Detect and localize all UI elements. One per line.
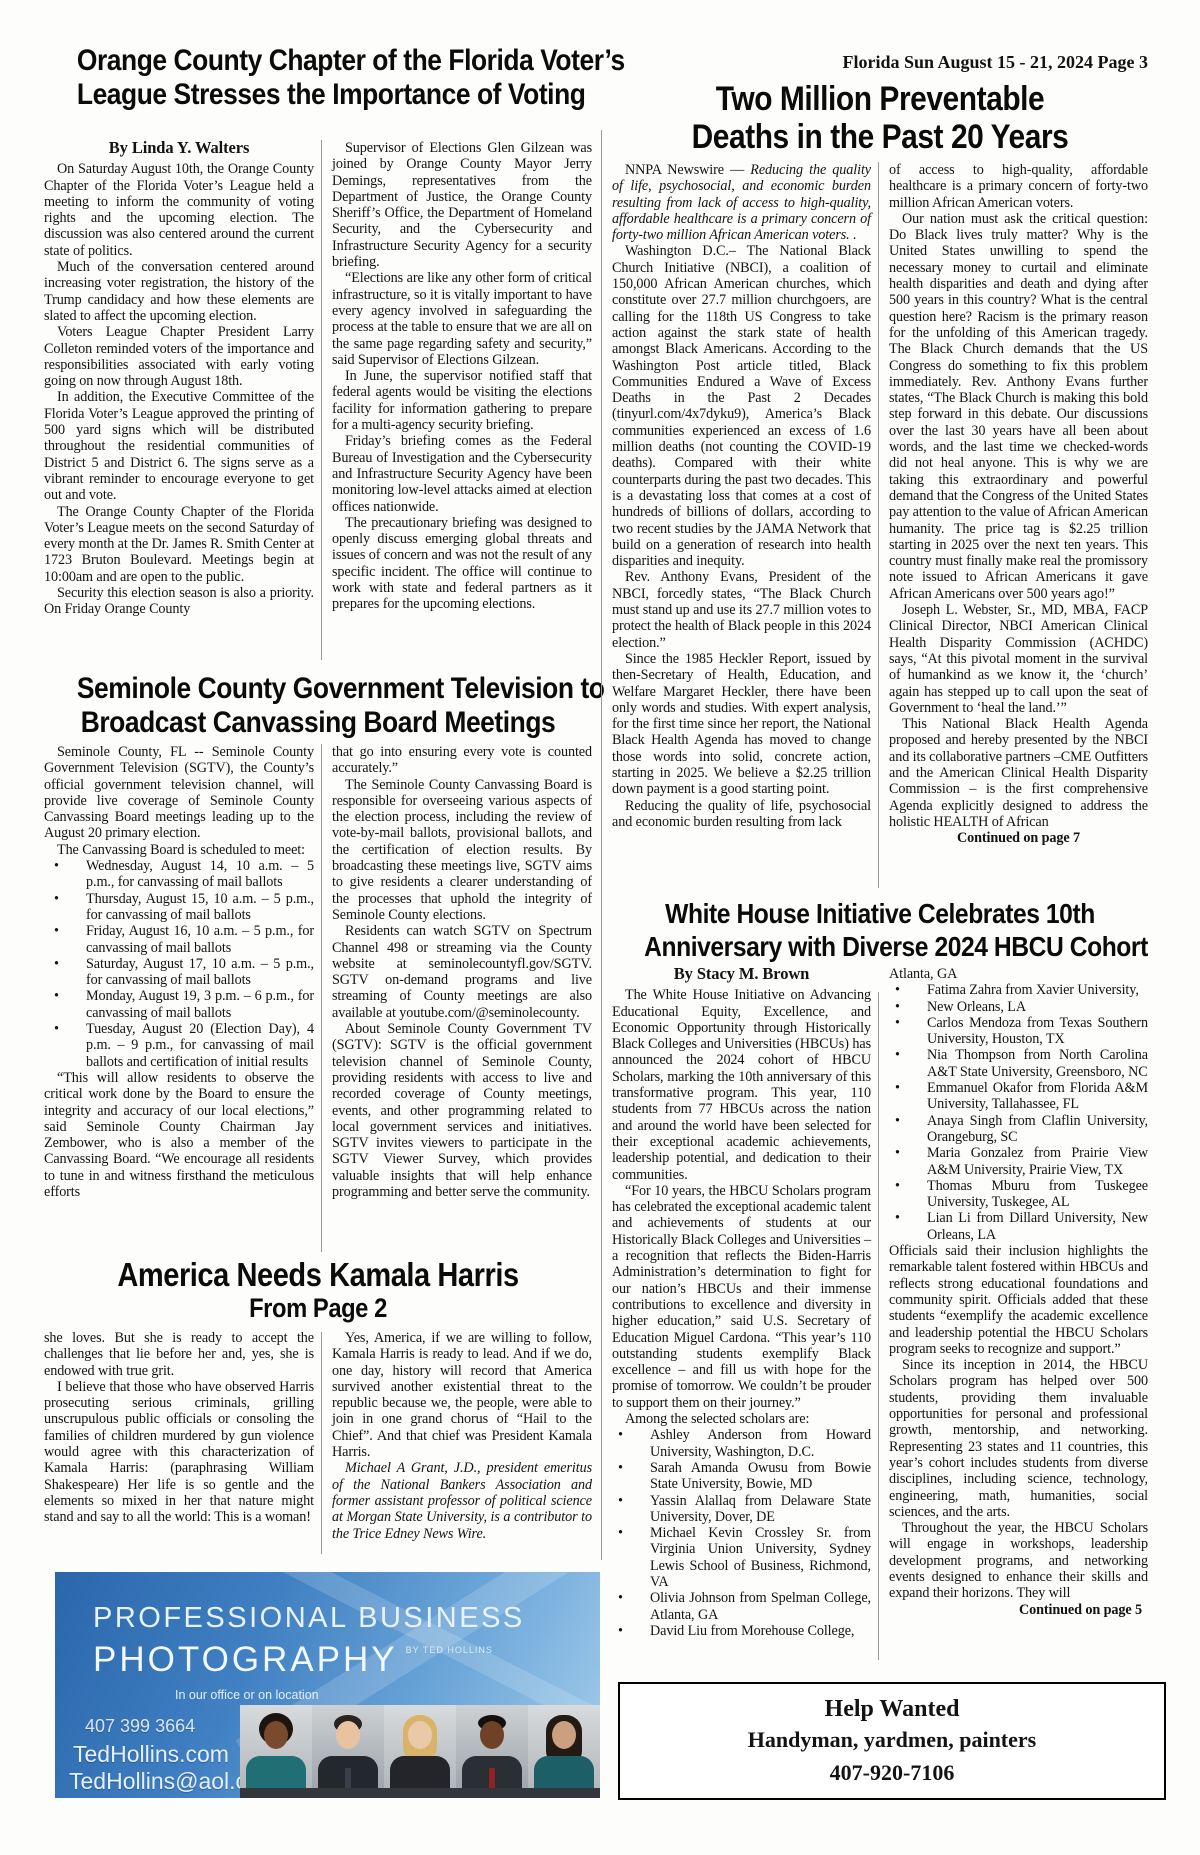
paragraph: Since the 1985 Heckler Report, issued by… <box>612 651 871 798</box>
headline-sgtv: Seminole County Government Television to… <box>44 672 592 740</box>
paragraph-group: of access to high-quality, affordable he… <box>889 162 1148 830</box>
paragraph: Residents can watch SGTV on Spectrum Cha… <box>332 923 592 1021</box>
paragraph: Friday’s briefing comes as the Federal B… <box>332 433 592 514</box>
paragraph: Reducing the quality of life, psychosoci… <box>612 798 871 831</box>
scholar-item: •Thomas Mburu from Tuskegee University, … <box>889 1178 1148 1211</box>
paragraph: Officials said their inclusion highlight… <box>889 1243 1148 1357</box>
bullet-icon: • <box>895 1047 900 1063</box>
paragraph: I believe that those who have observed H… <box>44 1379 314 1526</box>
scholar-item-text: Olivia Johnson from Spelman College, Atl… <box>650 1590 871 1622</box>
column-rule <box>601 130 602 1560</box>
paragraph: In addition, the Executive Committee of … <box>44 389 314 503</box>
paragraph: “Elections are like any other form of cr… <box>332 270 592 368</box>
lead-paragraph: NNPA Newswire — Reducing the quality of … <box>612 162 871 243</box>
scholar-item: •Michael Kevin Crossley Sr. from Virgini… <box>612 1525 871 1590</box>
schedule-item-text: Tuesday, August 20 (Election Day), 4 p.m… <box>86 1021 314 1070</box>
deaths-column-1: NNPA Newswire — Reducing the quality of … <box>612 162 871 892</box>
paragraph: On Saturday August 10th, the Orange Coun… <box>44 161 314 259</box>
bullet-icon: • <box>895 1178 900 1194</box>
scholar-item-text: David Liu from Morehouse College, <box>650 1623 854 1639</box>
paragraph: The precautionary briefing was designed … <box>332 515 592 613</box>
bullet-icon: • <box>895 1210 900 1226</box>
scholar-item: •Carlos Mendoza from Texas Southern Univ… <box>889 1015 1148 1048</box>
ad-title-line1: PROFESSIONAL BUSINESS <box>93 1602 525 1635</box>
paragraph: About Seminole County Government TV (SGT… <box>332 1021 592 1200</box>
headline-line: Orange County Chapter of the Florida Vot… <box>77 44 559 78</box>
paragraph-group: that go into ensuring every vote is coun… <box>332 744 592 1200</box>
scholar-item-text: Emmanuel Okafor from Florida A&M Univers… <box>927 1080 1148 1112</box>
scholar-item-text: Michael Kevin Crossley Sr. from Virginia… <box>650 1525 871 1590</box>
column-rule <box>321 744 322 1252</box>
headline-line: America Needs Kamala Harris <box>77 1256 559 1293</box>
bullet-icon: • <box>895 999 900 1015</box>
harris-column-1: she loves. But she is ready to accept th… <box>44 1330 314 1562</box>
paragraph-group: Yes, America, if we are willing to follo… <box>332 1330 592 1460</box>
column-rule <box>878 992 879 1660</box>
column-rule <box>878 162 879 888</box>
hbcu-article-body: By Stacy M. Brown The White House Initia… <box>612 966 1148 1666</box>
scholar-item: •Lian Li from Dillard University, New Or… <box>889 1210 1148 1243</box>
hbcu-column-1: By Stacy M. Brown The White House Initia… <box>612 966 871 1666</box>
schedule-item-text: Monday, August 19, 3 p.m. – 6 p.m., for … <box>86 988 314 1020</box>
person-head <box>408 1721 432 1749</box>
author-credit-paragraph: Michael A Grant, J.D., president emeritu… <box>332 1460 592 1541</box>
paragraph: Washington D.C.– The National Black Chur… <box>612 243 871 569</box>
person-torso <box>246 1756 306 1790</box>
continued-notice: Continued on page 7 <box>889 830 1148 846</box>
ad-phone-number: 407 399 3664 <box>85 1716 195 1737</box>
ad-tagline: In our office or on location <box>175 1688 319 1702</box>
scholars-list: •Fatima Zahra from Xavier University, •N… <box>889 982 1148 1243</box>
paragraph: Among the selected scholars are: <box>612 1411 871 1427</box>
headline-line: White House Initiative Celebrates 10th <box>644 897 1116 930</box>
bullet-icon: • <box>618 1623 623 1639</box>
paragraph: Our nation must ask the critical questio… <box>889 211 1148 602</box>
paragraph-group: On Saturday August 10th, the Orange Coun… <box>44 161 314 617</box>
paragraph: Yes, America, if we are willing to follo… <box>332 1330 592 1460</box>
headline-line: Two Million Preventable <box>644 80 1116 118</box>
scholar-item: •David Liu from Morehouse College, <box>612 1623 871 1639</box>
paragraph: that go into ensuring every vote is coun… <box>332 744 592 777</box>
person-torso <box>534 1756 594 1790</box>
continued-notice: Continued on page 5 <box>889 1602 1148 1618</box>
person-tie <box>489 1768 495 1790</box>
scholar-item-text: Carlos Mendoza from Texas Southern Unive… <box>927 1015 1148 1047</box>
paragraph: of access to high-quality, affordable he… <box>889 162 1148 211</box>
scholar-item-text: Maria Gonzalez from Prairie View A&M Uni… <box>927 1145 1148 1177</box>
paragraph: Throughout the year, the HBCU Scholars w… <box>889 1520 1148 1601</box>
paragraph-group: she loves. But she is ready to accept th… <box>44 1330 314 1526</box>
paragraph-group: Seminole County, FL -- Seminole County G… <box>44 744 314 858</box>
bullet-icon: • <box>54 988 59 1004</box>
bullet-icon: • <box>54 923 59 939</box>
scholar-item-text: Fatima Zahra from Xavier University, <box>927 982 1139 998</box>
paragraph: This National Black Health Agenda propos… <box>889 716 1148 830</box>
paragraph: Since its inception in 2014, the HBCU Sc… <box>889 1357 1148 1520</box>
paragraph-group: Washington D.C.– The National Black Chur… <box>612 243 871 830</box>
bullet-icon: • <box>618 1460 623 1476</box>
scholar-item: •Sarah Amanda Owusu from Bowie State Uni… <box>612 1460 871 1493</box>
page-header: Florida Sun August 15 - 21, 2024 Page 3 <box>612 52 1148 73</box>
scholar-item: •Ashley Anderson from Howard University,… <box>612 1427 871 1460</box>
headshot-photo <box>312 1705 384 1798</box>
ad-byline: BY TED HOLLINS <box>406 1645 493 1655</box>
schedule-item: •Friday, August 16, 10 a.m. – 5 p.m., fo… <box>44 923 314 956</box>
paragraph: Rev. Anthony Evans, President of the NBC… <box>612 569 871 650</box>
scholar-item-text: New Orleans, LA <box>927 999 1026 1015</box>
scholar-item-text: Nia Thompson from North Carolina A&T Sta… <box>927 1047 1148 1079</box>
schedule-item: •Tuesday, August 20 (Election Day), 4 p.… <box>44 1021 314 1070</box>
paragraph: Voters League Chapter President Larry Co… <box>44 324 314 389</box>
person-head <box>264 1721 288 1749</box>
schedule-item: •Thursday, August 15, 10 a.m. – 5 p.m., … <box>44 891 314 924</box>
deaths-column-2: of access to high-quality, affordable he… <box>889 162 1148 892</box>
bullet-icon: • <box>895 982 900 998</box>
scholar-item-text: Sarah Amanda Owusu from Bowie State Univ… <box>650 1460 871 1492</box>
schedule-item: •Wednesday, August 14, 10 a.m. – 5 p.m.,… <box>44 858 314 891</box>
bullet-icon: • <box>895 1113 900 1129</box>
person-torso <box>390 1756 450 1790</box>
canvassing-schedule-list: •Wednesday, August 14, 10 a.m. – 5 p.m.,… <box>44 858 314 1070</box>
bullet-icon: • <box>895 1080 900 1096</box>
paragraph-group: “This will allow residents to observe th… <box>44 1070 314 1200</box>
paragraph-group: The White House Initiative on Advancing … <box>612 987 871 1427</box>
headshot-photo <box>384 1705 456 1798</box>
bullet-icon: • <box>54 858 59 874</box>
paragraph: Security this election season is also a … <box>44 585 314 618</box>
paragraph: Seminole County, FL -- Seminole County G… <box>44 744 314 842</box>
photography-ad: PROFESSIONAL BUSINESS PHOTOGRAPHYBY TED … <box>55 1572 600 1798</box>
hbcu-column-2: Atlanta, GA •Fatima Zahra from Xavier Un… <box>889 966 1148 1666</box>
schedule-item: •Monday, August 19, 3 p.m. – 6 p.m., for… <box>44 988 314 1021</box>
person-head <box>552 1721 576 1749</box>
help-wanted-phone: 407-920-7106 <box>620 1760 1164 1786</box>
byline: By Stacy M. Brown <box>612 966 871 982</box>
headline-line: League Stresses the Importance of Voting <box>77 78 559 112</box>
scholar-item: •Maria Gonzalez from Prairie View A&M Un… <box>889 1145 1148 1178</box>
headline-hbcu-cohort: White House Initiative Celebrates 10th A… <box>612 897 1148 963</box>
headshot-photo <box>528 1705 600 1798</box>
newswire-credit: NNPA Newswire — <box>625 162 750 178</box>
headline-line: Broadcast Canvassing Board Meetings <box>77 706 559 740</box>
headline-preventable-deaths: Two Million Preventable Deaths in the Pa… <box>612 80 1148 156</box>
headline-voters-league: Orange County Chapter of the Florida Vot… <box>44 44 592 112</box>
scholars-list: •Ashley Anderson from Howard University,… <box>612 1427 871 1639</box>
person-head <box>480 1721 504 1749</box>
paragraph: “For 10 years, the HBCU Scholars program… <box>612 1183 871 1411</box>
harris-article-body: she loves. But she is ready to accept th… <box>44 1330 592 1562</box>
headline-line: Deaths in the Past 20 Years <box>644 118 1116 156</box>
schedule-item: •Saturday, August 17, 10 a.m. – 5 p.m., … <box>44 956 314 989</box>
bullet-icon: • <box>618 1590 623 1606</box>
continuation-line: Atlanta, GA <box>889 966 1148 982</box>
voters-column-2: Supervisor of Elections Glen Gilzean was… <box>332 140 592 664</box>
person-head <box>336 1721 360 1749</box>
scholar-item: •New Orleans, LA <box>889 999 1148 1015</box>
sgtv-column-1: Seminole County, FL -- Seminole County G… <box>44 744 314 1256</box>
headline-kamala-harris: America Needs Kamala Harris From Page 2 <box>44 1256 592 1324</box>
paragraph-group: Supervisor of Elections Glen Gilzean was… <box>332 140 592 613</box>
paragraph-group: Officials said their inclusion highlight… <box>889 1243 1148 1602</box>
paragraph: Joseph L. Webster, Sr., MD, MBA, FACP Cl… <box>889 602 1148 716</box>
byline: By Linda Y. Walters <box>44 140 314 156</box>
column-rule <box>321 1332 322 1554</box>
deaths-article-body: NNPA Newswire — Reducing the quality of … <box>612 162 1148 892</box>
bullet-icon: • <box>618 1427 623 1443</box>
scholar-item: •Yassin Alallaq from Delaware State Univ… <box>612 1493 871 1526</box>
paragraph: Supervisor of Elections Glen Gilzean was… <box>332 140 592 270</box>
scholar-item: •Anaya Singh from Claflin University, Or… <box>889 1113 1148 1146</box>
help-wanted-description: Handyman, yardmen, painters <box>620 1727 1164 1753</box>
paragraph: The Seminole County Canvassing Board is … <box>332 777 592 924</box>
paragraph: The Canvassing Board is scheduled to mee… <box>44 842 314 858</box>
scholar-item: •Fatima Zahra from Xavier University, <box>889 982 1148 998</box>
voters-article-body: By Linda Y. Walters On Saturday August 1… <box>44 140 592 664</box>
bullet-icon: • <box>54 891 59 907</box>
help-wanted-box: Help Wanted Handyman, yardmen, painters … <box>618 1682 1166 1800</box>
paragraph: The White House Initiative on Advancing … <box>612 987 871 1183</box>
paragraph: “This will allow residents to observe th… <box>44 1070 314 1200</box>
harris-column-2: Yes, America, if we are willing to follo… <box>332 1330 592 1562</box>
paragraph: she loves. But she is ready to accept th… <box>44 1330 314 1379</box>
headshot-photo-strip <box>240 1705 600 1798</box>
scholar-item-text: Ashley Anderson from Howard University, … <box>650 1427 871 1459</box>
sgtv-column-2: that go into ensuring every vote is coun… <box>332 744 592 1256</box>
bullet-icon: • <box>54 956 59 972</box>
ad-website: TedHollins.com <box>73 1741 229 1768</box>
paragraph: In June, the supervisor notified staff t… <box>332 368 592 433</box>
help-wanted-title: Help Wanted <box>620 1696 1164 1723</box>
sgtv-article-body: Seminole County, FL -- Seminole County G… <box>44 744 592 1256</box>
scholar-item: •Emmanuel Okafor from Florida A&M Univer… <box>889 1080 1148 1113</box>
scholar-item: •Nia Thompson from North Carolina A&T St… <box>889 1047 1148 1080</box>
column-rule <box>321 140 322 660</box>
bullet-icon: • <box>618 1525 623 1541</box>
scholar-item-text: Thomas Mburu from Tuskegee University, T… <box>927 1178 1148 1210</box>
person-tie <box>345 1768 351 1790</box>
scholar-item-text: Yassin Alallaq from Delaware State Unive… <box>650 1493 871 1525</box>
paragraph: Much of the conversation centered around… <box>44 259 314 324</box>
headline-continuation-note: From Page 2 <box>77 1293 559 1324</box>
schedule-item-text: Thursday, August 15, 10 a.m. – 5 p.m., f… <box>86 891 314 923</box>
headshot-photo <box>456 1705 528 1798</box>
scholar-item: •Olivia Johnson from Spelman College, At… <box>612 1590 871 1623</box>
schedule-item-text: Saturday, August 17, 10 a.m. – 5 p.m., f… <box>86 956 314 988</box>
voters-column-1: By Linda Y. Walters On Saturday August 1… <box>44 140 314 664</box>
headshot-photo <box>240 1705 312 1798</box>
scholar-item-text: Lian Li from Dillard University, New Orl… <box>927 1210 1148 1242</box>
headline-line: Seminole County Government Television to <box>77 672 559 706</box>
bullet-icon: • <box>618 1493 623 1509</box>
newspaper-page: Florida Sun August 15 - 21, 2024 Page 3 … <box>0 0 1200 1855</box>
headline-line: Anniversary with Diverse 2024 HBCU Cohor… <box>644 930 1116 963</box>
bullet-icon: • <box>895 1015 900 1031</box>
schedule-item-text: Friday, August 16, 10 a.m. – 5 p.m., for… <box>86 923 314 955</box>
scholar-item-text: Anaya Singh from Claflin University, Ora… <box>927 1113 1148 1145</box>
schedule-item-text: Wednesday, August 14, 10 a.m. – 5 p.m., … <box>86 858 314 890</box>
paragraph: The Orange County Chapter of the Florida… <box>44 504 314 585</box>
bullet-icon: • <box>54 1021 59 1037</box>
bullet-icon: • <box>895 1145 900 1161</box>
ad-title-line2: PHOTOGRAPHYBY TED HOLLINS <box>93 1640 493 1680</box>
